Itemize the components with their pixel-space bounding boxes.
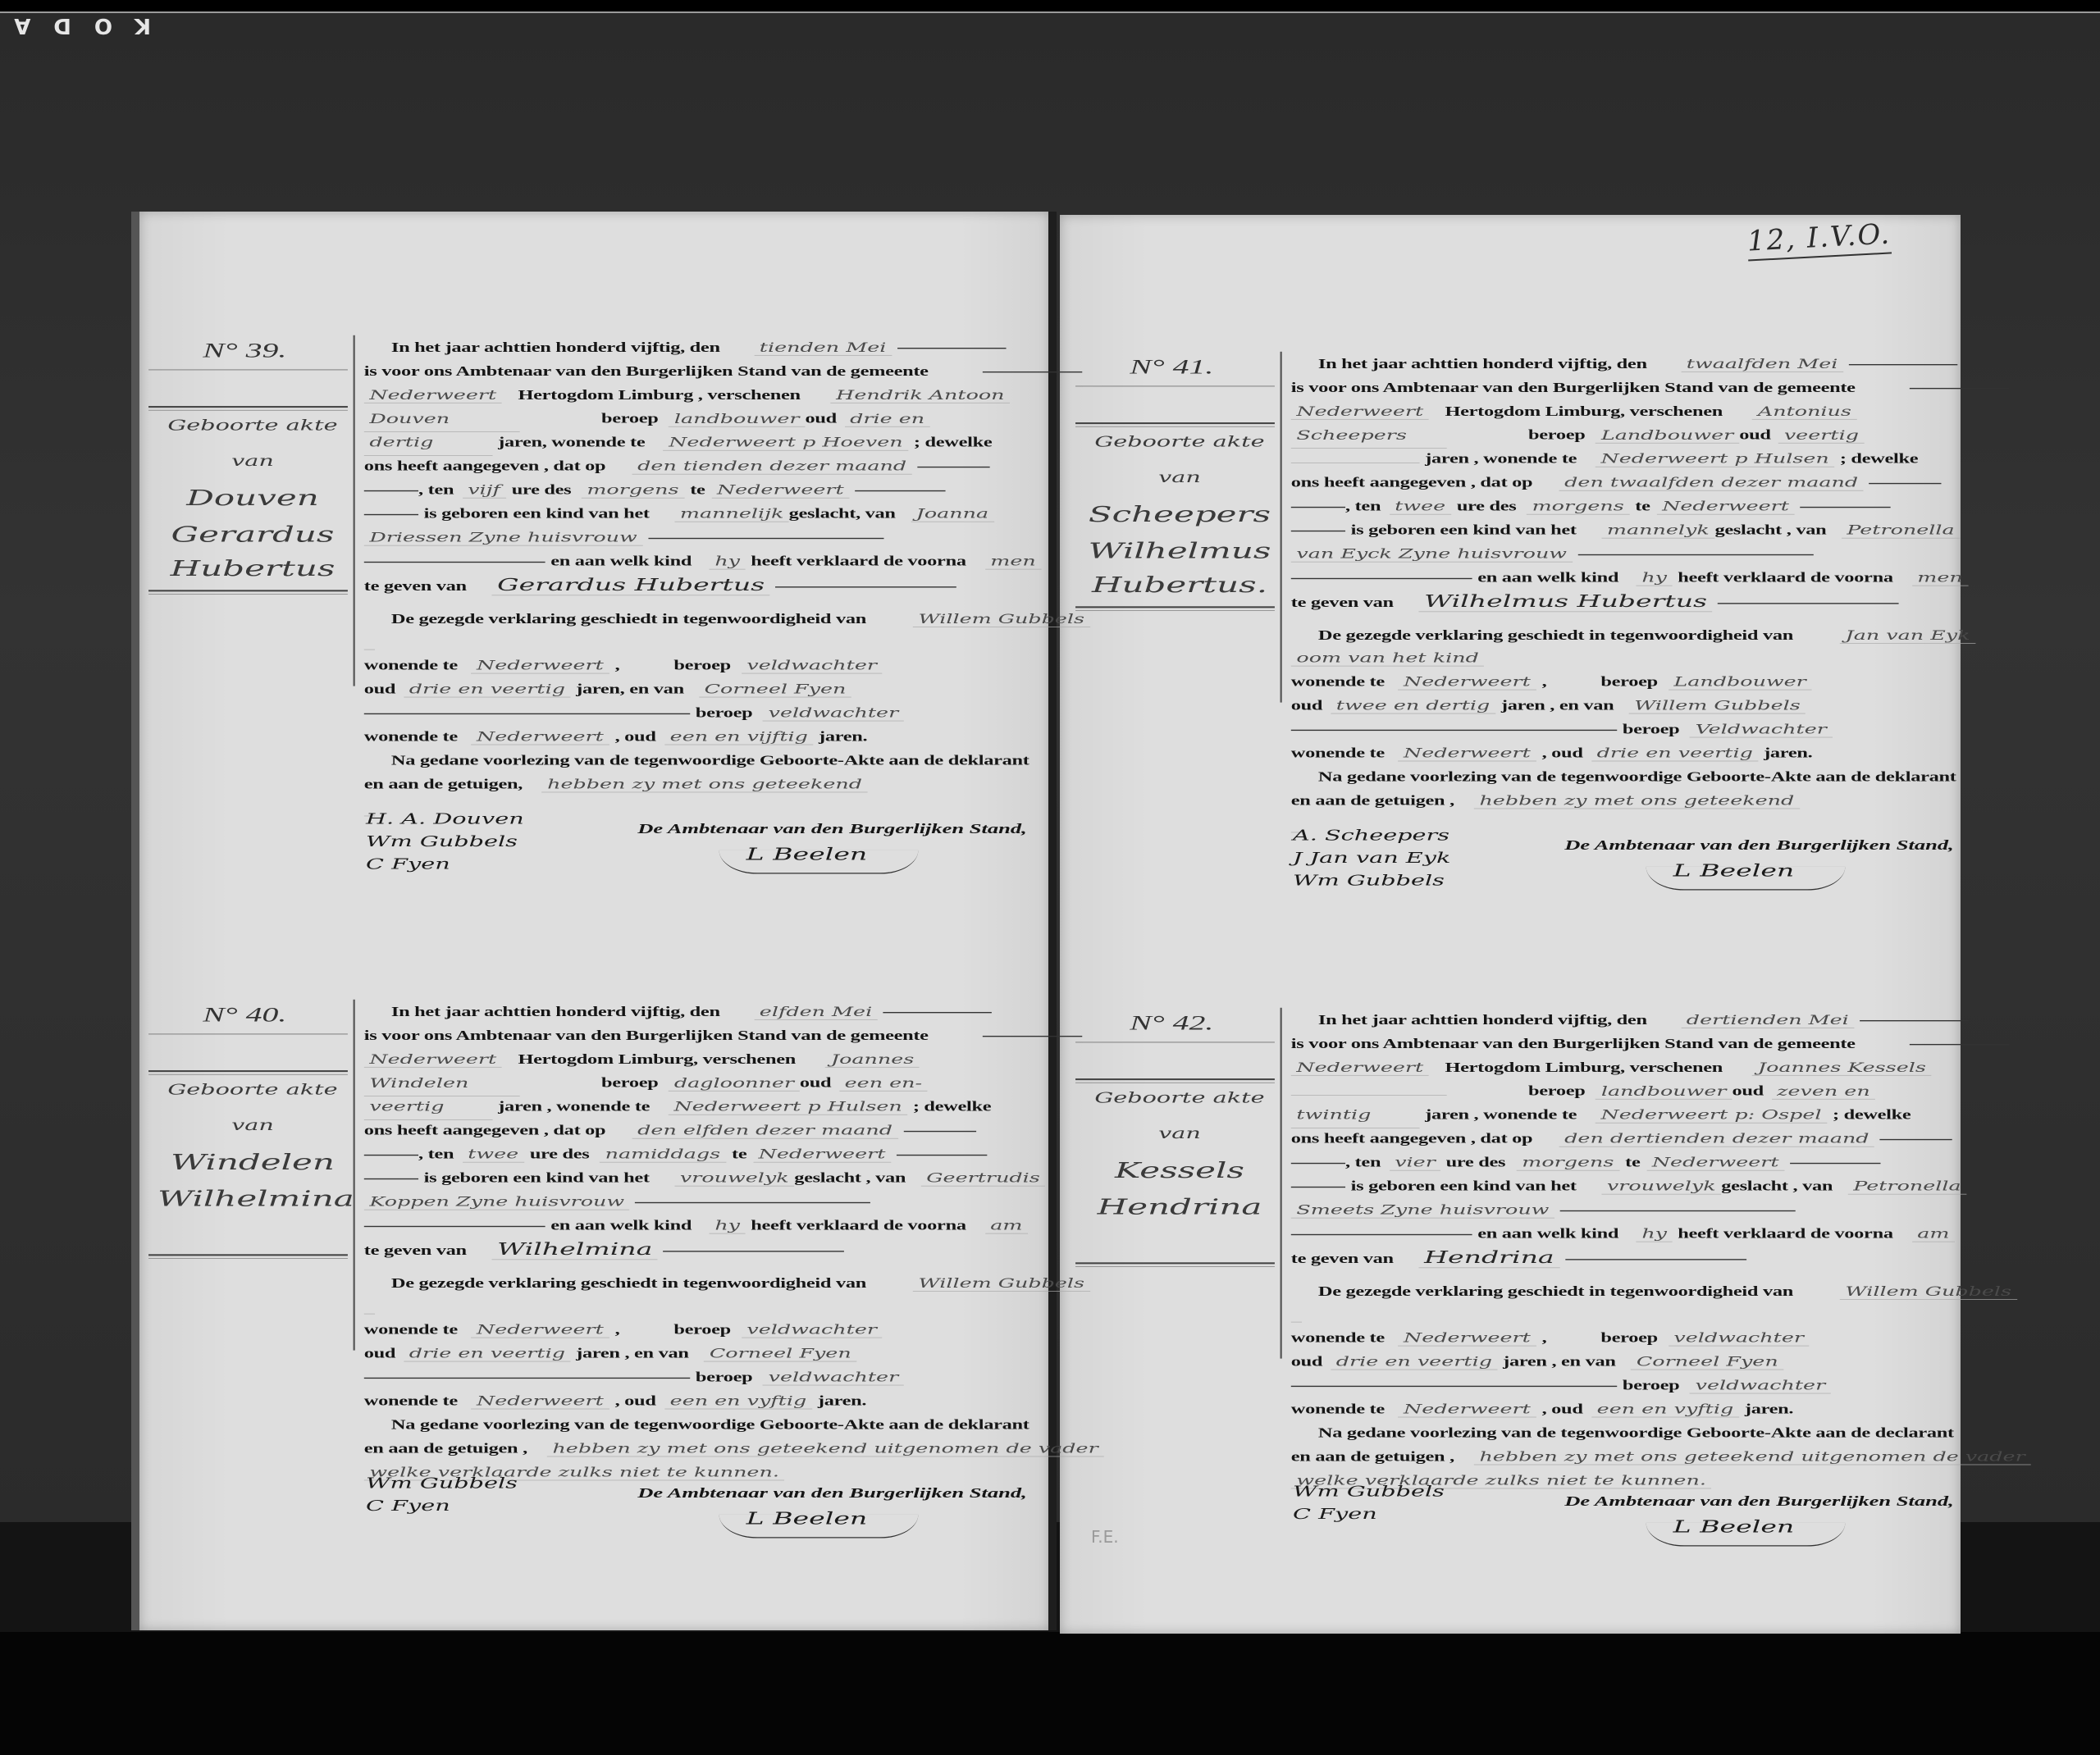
margin-double-rule [148,1070,348,1075]
margin-akte-type: Geboorte akte [1084,1090,1275,1107]
margin-double-rule [1075,1262,1275,1267]
witness-signature-2: J Jan van Eyk [1293,850,1450,867]
line-ure: , ten twee ure des namiddags te Nederwee… [364,1142,1125,1167]
line-aangegeven: ons heeft aangegeven , dat op den tiende… [364,454,1125,479]
line-witness1-oud: oud drie en veertig jaren, en van Cornee… [364,677,1125,702]
line-ure: , ten vijf ure des morgens te Nederweert [364,478,1125,503]
witness-signature-1: Wm Gubbels [366,1475,518,1492]
birth-record: N° 40. Geboorte akte van Windelen Wilhel… [139,988,1126,1396]
line-voorlezing: Na gedane voorlezing van de tegenwoordig… [1291,1421,2079,1446]
folio-number: 12, I.V.O. [1746,217,1892,261]
line-te-geven-van: te geven van Gerardus Hubertus [364,573,1125,598]
margin-double-rule [148,1254,348,1259]
margin-akte-type: Geboorte akte [1084,434,1275,451]
line-ambtenaar: is voor ons Ambtenaar van den Burgerlijk… [364,1023,1125,1048]
margin-rule [148,1033,348,1034]
film-edge-print: KODAK SAFETY [0,11,151,38]
line-verschenen: Nederweert Hertogdom Limburg, verschenen… [1291,399,2052,424]
line-witness2-wonende: wonende te Nederweert , oud een en vijft… [364,725,1125,750]
line-te-geven-van: te geven van Wilhelmus Hubertus [1291,590,2052,614]
margin-surname: Kessels [1084,1158,1275,1183]
line-ure: , ten vier ure des morgens te Nederweert [1291,1151,2052,1175]
line-beroep: Douven beroep landbouweroud drie en [364,407,1125,431]
record-number: N° 42. [1130,1011,1213,1035]
margin-surname: Scheepers [1084,502,1275,526]
line-witness1-oud: oud drie en veertig jaren , en van Corne… [1291,1350,2052,1374]
line-te-geven-van: te geven van Wilhelmina [364,1238,1125,1262]
margin-given-name-1: Wilhelmus [1084,539,1275,563]
line-witness2-beroep: beroep veldwachter [364,701,1125,726]
margin-given-name-1: Hendrina [1084,1195,1275,1219]
line-voorlezing: Na gedane voorlezing van de tegenwoordig… [364,749,1152,773]
column-rule [354,335,355,686]
line-witness1-oud: oud drie en veertig jaren , en van Corne… [364,1342,1125,1366]
margin-van: van [157,1117,348,1134]
margin-given-name-2: Hubertus. [1084,572,1275,597]
margin-given-name-1: Wilhelmina [157,1187,348,1211]
line-year: In het jaar achttien honderd vijftig, de… [1291,1008,2079,1032]
record-margin: N° 41. Geboorte akte van Scheepers Wilhe… [1066,340,1275,748]
line-getuigen: en aan de getuigen , hebben zy met ons g… [1291,1444,2052,1469]
line-voornamen: en aan welk kind hy heeft verklaard de v… [1291,566,2052,590]
margin-van: van [157,453,348,470]
line-ambtenaar: is voor ons Ambtenaar van den Burgerlijk… [1291,1032,2052,1056]
line-witness-note: oom van het kind [1291,646,2052,671]
line-tegenwoordigheid: De gezegde verklaring geschiedt in tegen… [1291,1279,2079,1304]
witness-signature-2: Wm Gubbels [366,833,518,850]
line-moeder: Driessen Zyne huisvrouw [364,526,1125,550]
witness-signature-3: Wm Gubbels [1293,873,1445,890]
line-beroep: Windelen beroep dagloonneroud een en- [364,1071,1125,1096]
witness-signature-2: C Fyen [366,1497,450,1515]
column-rule [1281,352,1282,703]
line-geboren: is geboren een kind van het vrouwelykges… [1291,1174,2052,1199]
record-margin: N° 39. Geboorte akte van Douven Gerardus… [139,324,348,732]
line-verschenen: Nederweert Hertogdom Limburg, verschenen… [364,1047,1125,1072]
line-witness1-wonende: wonende te Nederweert , beroep Landbouwe… [1291,670,2052,695]
line-beroep: Scheepers beroep Landbouweroud veertig [1291,423,2052,448]
birth-record: N° 42. Geboorte akte van Kessels Hendrin… [1066,996,2053,1404]
margin-rule [148,369,348,370]
line-geboren: is geboren een kind van het mannelijkges… [364,502,1125,526]
margin-rule [1075,1042,1275,1042]
line-geboren: is geboren een kind van het mannelykgesl… [1291,518,2052,543]
line-getuigen: en aan de getuigen , hebben zy met ons g… [364,1436,1125,1461]
official-title: De Ambtenaar van den Burgerlijken Stand, [637,1486,1027,1502]
margin-surname: Windelen [157,1150,348,1174]
signature-flourish [719,850,919,874]
witness-signature-1: H. A. Douven [366,810,524,827]
margin-given-name-1: Gerardus [157,522,348,547]
line-witness2-wonende: wonende te Nederweert , oud een en vyfti… [364,1389,1125,1414]
signature-flourish [719,1515,919,1538]
line-verschenen: Nederweert Hertogdom Limburg , verschene… [364,383,1125,408]
margin-double-rule [148,406,348,411]
margin-akte-type: Geboorte akte [157,417,348,435]
line-wonende: jaren , wonende te Nederweert p Hulsen ;… [1291,447,2052,472]
line-beroep: beroep landbouweroud zeven en [1291,1079,2052,1104]
record-number: N° 40. [203,1003,286,1027]
line-te-geven-van: te geven van Hendrina [1291,1246,2052,1270]
margin-van: van [1084,1125,1275,1142]
line-witness1-wonende: wonende te Nederweert , beroep veldwacht… [364,654,1125,678]
line-witness2-wonende: wonende te Nederweert , oud drie en veer… [1291,741,2052,766]
line-year: In het jaar achttien honderd vijftig, de… [364,335,1152,360]
line-tegenwoordigheid: De gezegde verklaring geschiedt in tegen… [1291,623,2079,648]
witness-signature-1: A. Scheepers [1293,827,1449,844]
line-witness1-wonende: wonende te Nederweert , beroep veldwacht… [1291,1326,2052,1351]
line-tegenwoordigheid: De gezegde verklaring geschiedt in tegen… [364,607,1152,631]
line-wonende: twintig jaren , wonende te Nederweert p:… [1291,1103,2052,1128]
line-getuigen: en aan de getuigen , hebben zy met ons g… [1291,788,2052,813]
line-witness-note [364,630,1125,654]
line-voornamen: en aan welk kind hy heeft verklaard de v… [1291,1222,2052,1247]
line-witness1-wonende: wonende te Nederweert , beroep veldwacht… [364,1318,1125,1342]
margin-double-rule [148,590,348,595]
column-rule [354,1000,355,1351]
stamp-mark: F.E. [1091,1527,1119,1547]
official-title: De Ambtenaar van den Burgerlijken Stand, [1564,838,1954,854]
signature-flourish [1646,1523,1846,1547]
line-voornamen: en aan welk kind hy heeft verklaard de v… [364,1214,1125,1238]
line-moeder: Koppen Zyne huisvrouw [364,1190,1125,1215]
margin-double-rule [1075,1078,1275,1083]
line-moeder: van Eyck Zyne huisvrouw [1291,542,2052,567]
birth-record: N° 41. Geboorte akte van Scheepers Wilhe… [1066,340,2053,748]
margin-double-rule [1075,606,1275,611]
column-rule [1281,1008,1282,1359]
child-name: Gerardus Hubertus [492,575,770,595]
line-aangegeven: ons heeft aangegeven , dat op den elfden… [364,1119,1125,1143]
line-ambtenaar: is voor ons Ambtenaar van den Burgerlijk… [364,359,1125,384]
line-voorlezing: Na gedane voorlezing van de tegenwoordig… [364,1413,1152,1438]
line-witness2-wonende: wonende te Nederweert , oud een en vyfti… [1291,1397,2052,1422]
margin-van: van [1084,469,1275,486]
line-voornamen: en aan welk kind hy heeft verklaard de v… [364,549,1125,574]
child-name: Wilhelmus Hubertus [1419,591,1713,612]
official-title: De Ambtenaar van den Burgerlijken Stand, [637,822,1027,837]
child-name: Hendrina [1419,1247,1560,1268]
witness-signature-1: Wm Gubbels [1293,1483,1445,1500]
film-top-border [0,0,2100,13]
signature-flourish [1646,867,1846,891]
line-witness2-beroep: beroep Veldwachter [1291,718,2052,742]
line-wonende: dertig jaren, wonende te Nederweert p Ho… [364,431,1125,455]
film-bottom-border [0,1632,2100,1755]
line-witness2-beroep: beroep veldwachter [364,1365,1125,1390]
line-year: In het jaar achttien honderd vijftig, de… [364,1000,1152,1024]
record-margin: N° 40. Geboorte akte van Windelen Wilhel… [139,988,348,1396]
line-geboren: is geboren een kind van het vrouwelykges… [364,1166,1125,1191]
witness-signature-2: C Fyen [1293,1506,1377,1523]
record-margin: N° 42. Geboorte akte van Kessels Hendrin… [1066,996,1275,1404]
line-ambtenaar: is voor ons Ambtenaar van den Burgerlijk… [1291,376,2052,400]
line-moeder: Smeets Zyne huisvrouw [1291,1198,2052,1223]
record-number: N° 39. [203,339,286,362]
line-witness1-oud: oud twee en dertig jaren , en van Willem… [1291,694,2052,718]
line-witness-note [1291,1302,2052,1327]
line-getuigen: en aan de getuigen, hebben zy met ons ge… [364,772,1125,796]
line-voorlezing: Na gedane voorlezing van de tegenwoordig… [1291,765,2079,790]
birth-record: N° 39. Geboorte akte van Douven Gerardus… [139,324,1126,732]
line-witness2-beroep: beroep veldwachter [1291,1374,2052,1398]
line-aangegeven: ons heeft aangegeven , dat op den dertie… [1291,1127,2052,1151]
margin-double-rule [1075,422,1275,427]
line-aangegeven: ons heeft aangegeven , dat op den twaalf… [1291,471,2052,495]
line-tegenwoordigheid: De gezegde verklaring geschiedt in tegen… [364,1271,1152,1296]
official-title: De Ambtenaar van den Burgerlijken Stand, [1564,1494,1954,1510]
record-number: N° 41. [1130,355,1213,379]
witness-signature-3: C Fyen [366,856,450,873]
margin-akte-type: Geboorte akte [157,1082,348,1099]
margin-surname: Douven [157,485,348,510]
line-ure: , ten twee ure des morgens te Nederweert [1291,495,2052,519]
line-verschenen: Nederweert Hertogdom Limburg, verschenen… [1291,1055,2052,1080]
line-witness-note [364,1294,1125,1319]
child-name: Wilhelmina [492,1239,658,1260]
margin-rule [1075,385,1275,386]
margin-given-name-2: Hubertus [157,556,348,581]
line-wonende: veertig jaren , wonende te Nederweert p … [364,1095,1125,1119]
line-year: In het jaar achttien honderd vijftig, de… [1291,352,2079,376]
